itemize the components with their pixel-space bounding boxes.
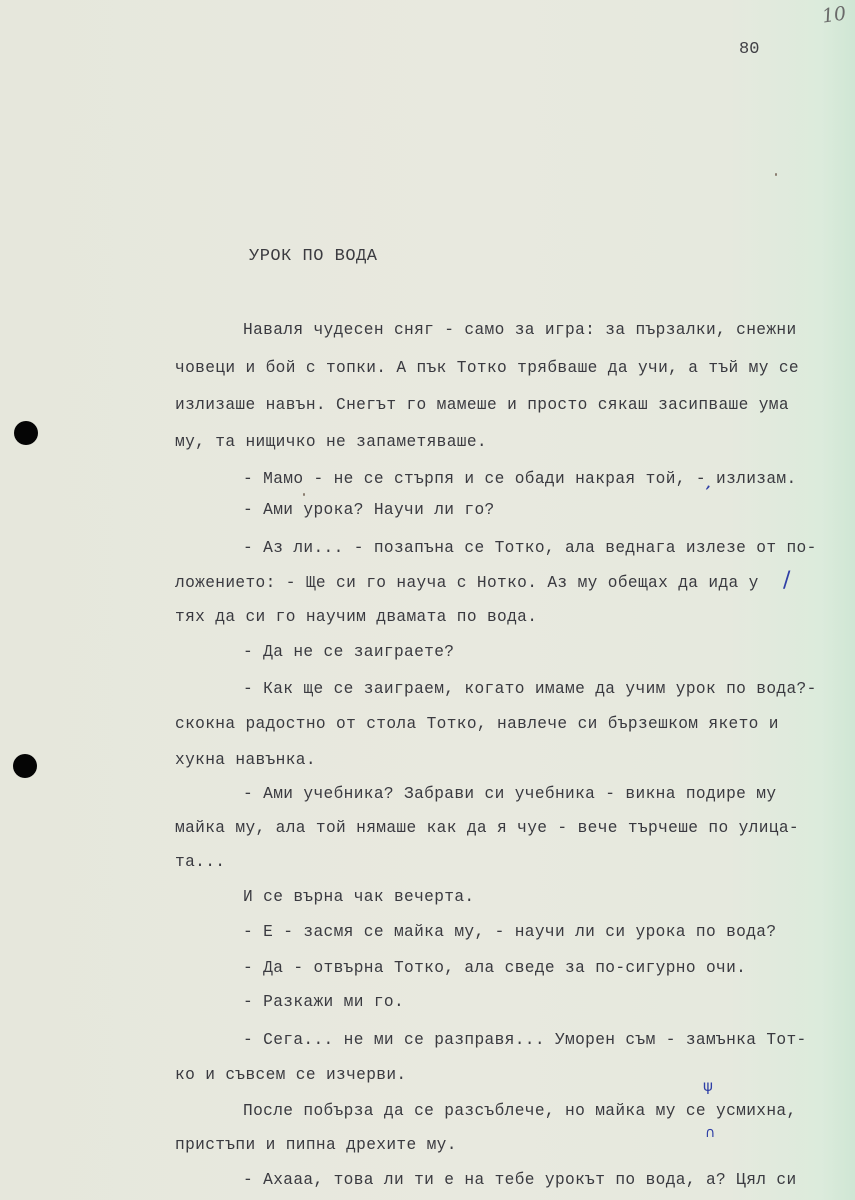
typewritten-page: 10 80 УРОК ПО ВОДА Наваля чудесен сняг -… bbox=[0, 0, 855, 1200]
text-line: излизаше навън. Снегът го мамеше и прост… bbox=[175, 395, 789, 415]
text-line: После побърза да се разсъблече, но майка… bbox=[243, 1101, 797, 1121]
text-line: - Ами учебника? Забрави си учебника - ви… bbox=[243, 784, 776, 804]
ink-strike-mark: / bbox=[783, 568, 790, 593]
ink-insert-mark: ψ bbox=[703, 1077, 713, 1095]
archive-folio-mark: 10 bbox=[821, 2, 848, 27]
paper-speck bbox=[775, 173, 777, 176]
text-line: - Аз ли... - позапъна се Тотко, ала ведн… bbox=[243, 538, 817, 558]
punch-hole-icon bbox=[14, 421, 38, 445]
ink-caret-mark: ∩ bbox=[705, 1125, 715, 1141]
text-line: му, та нищичко не запаметяваше. bbox=[175, 432, 487, 452]
text-line: - Разкажи ми го. bbox=[243, 992, 404, 1012]
text-line: хукна навънка. bbox=[175, 750, 316, 770]
text-line: - Ахааа, това ли ти е на тебе урокът по … bbox=[243, 1170, 797, 1190]
text-line: та... bbox=[175, 852, 225, 872]
text-line: пристъпи и пипна дрехите му. bbox=[175, 1135, 457, 1155]
text-line: И се върна чак вечерта. bbox=[243, 887, 474, 907]
story-title: УРОК ПО ВОДА bbox=[249, 247, 377, 266]
punch-hole-icon bbox=[13, 754, 37, 778]
text-line: скокна радостно от стола Тотко, навлече … bbox=[175, 714, 779, 734]
text-line: човеци и бой с топки. А пък Тотко трябва… bbox=[175, 358, 799, 378]
text-line: - Ами урока? Научи ли го? bbox=[243, 500, 495, 520]
text-line: ложението: - Ще си го науча с Нотко. Аз … bbox=[175, 573, 759, 593]
text-line: - Е - засмя се майка му, - научи ли си у… bbox=[243, 922, 776, 942]
text-line: - Да не се заиграете? bbox=[243, 642, 454, 662]
page-number: 80 bbox=[739, 40, 759, 59]
text-line: тях да си го научим двамата по вода. bbox=[175, 607, 537, 627]
text-line: - Как ще се заиграем, когато имаме да уч… bbox=[243, 679, 817, 699]
text-line: майка му, ала той нямаше как да я чуе - … bbox=[175, 818, 799, 838]
text-line: ко и съвсем се изчерви. bbox=[175, 1065, 406, 1085]
text-line: - Да - отвърна Тотко, ала сведе за по-си… bbox=[243, 958, 746, 978]
paper-speck bbox=[303, 493, 305, 496]
text-line: - Сега... не ми се разправя... Уморен съ… bbox=[243, 1030, 807, 1050]
text-line: Наваля чудесен сняг - само за игра: за п… bbox=[243, 320, 797, 340]
